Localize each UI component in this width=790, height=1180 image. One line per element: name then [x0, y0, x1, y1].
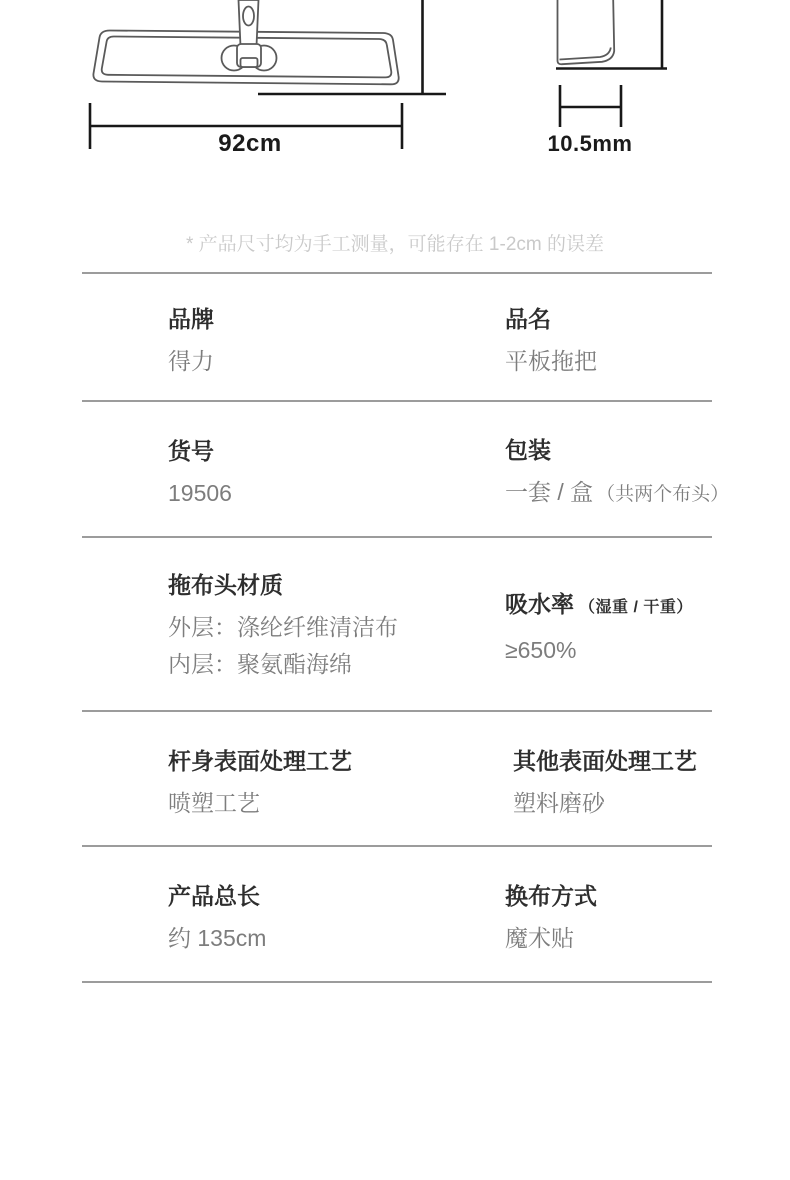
spec-label: 品牌 [168, 306, 505, 332]
spec-label: 其他表面处理工艺 [513, 748, 712, 774]
spec-value: 喷塑工艺 [168, 790, 505, 816]
spec-label: 杆身表面处理工艺 [168, 748, 505, 774]
spec-cell-total-length: 产品总长 约 135cm [82, 847, 505, 981]
spec-value: 平板拖把 [505, 348, 712, 374]
product-spec-page: 92cm 10.5mm * 产品尺寸均为手工测量，可能存在 1-2cm 的误差 … [0, 0, 790, 983]
spec-value-line: 外层：涤纶纤维清洁布 [168, 609, 505, 646]
spec-label-note: （湿重 / 干重） [579, 599, 693, 616]
spec-label: 产品总长 [168, 883, 505, 909]
spec-table: 品牌 得力 品名 平板拖把 货号 19506 包装 一套 / 盒（共两个布头） … [82, 272, 712, 983]
spec-label: 拖布头材质 [168, 572, 505, 598]
dimension-diagram: 92cm 10.5mm [0, 0, 790, 165]
spec-value: 外层：涤纶纤维清洁布 内层：聚氨酯海绵 [168, 609, 505, 683]
measurement-disclaimer: * 产品尺寸均为手工测量，可能存在 1-2cm 的误差 [0, 232, 790, 258]
spec-cell-cloth-change-method: 换布方式 魔术贴 [505, 847, 712, 981]
spec-row-total-length: 产品总长 约 135cm 换布方式 魔术贴 [82, 845, 712, 983]
spec-label: 货号 [168, 438, 505, 464]
spec-cell-absorption-rate: 吸水率（湿重 / 干重） ≥650% [505, 538, 712, 710]
spec-row-surface-finish: 杆身表面处理工艺 喷塑工艺 其他表面处理工艺 塑料磨砂 [82, 710, 712, 845]
mop-dimension-drawing [0, 0, 790, 165]
spec-row-brand: 品牌 得力 品名 平板拖把 [82, 272, 712, 400]
thickness-dimension-label: 10.5mm [525, 131, 655, 157]
mop-side-view-drawing [558, 0, 615, 64]
spec-value: 一套 / 盒（共两个布头） [505, 479, 729, 508]
spec-label: 品名 [505, 306, 712, 332]
spec-value-note: （共两个布头） [596, 484, 729, 505]
spec-label: 吸水率（湿重 / 干重） [505, 591, 712, 621]
spec-value: 19506 [168, 480, 505, 506]
spec-row-item-number: 货号 19506 包装 一套 / 盒（共两个布头） [82, 400, 712, 536]
spec-cell-item-number: 货号 19506 [82, 402, 505, 536]
width-dimension-label: 92cm [190, 130, 310, 158]
spec-label: 换布方式 [505, 883, 712, 909]
spec-cell-mop-head-material: 拖布头材质 外层：涤纶纤维清洁布 内层：聚氨酯海绵 [82, 538, 505, 710]
mop-top-view-drawing [93, 0, 398, 84]
spec-cell-product-name: 品名 平板拖把 [505, 274, 712, 400]
spec-cell-brand: 品牌 得力 [82, 274, 505, 400]
spec-value-line: 内层：聚氨酯海绵 [168, 646, 505, 683]
spec-row-mop-head-material: 拖布头材质 外层：涤纶纤维清洁布 内层：聚氨酯海绵 吸水率（湿重 / 干重） ≥… [82, 536, 712, 710]
spec-value: 魔术贴 [505, 925, 712, 951]
spec-value: ≥650% [505, 637, 712, 663]
spec-value: 塑料磨砂 [513, 790, 712, 816]
spec-value: 得力 [168, 348, 505, 374]
spec-cell-other-surface-finish: 其他表面处理工艺 塑料磨砂 [505, 712, 712, 845]
spec-value: 约 135cm [168, 925, 505, 951]
spec-cell-pole-surface-finish: 杆身表面处理工艺 喷塑工艺 [82, 712, 505, 845]
spec-cell-packaging: 包装 一套 / 盒（共两个布头） [505, 402, 729, 536]
spec-label: 包装 [505, 437, 729, 463]
